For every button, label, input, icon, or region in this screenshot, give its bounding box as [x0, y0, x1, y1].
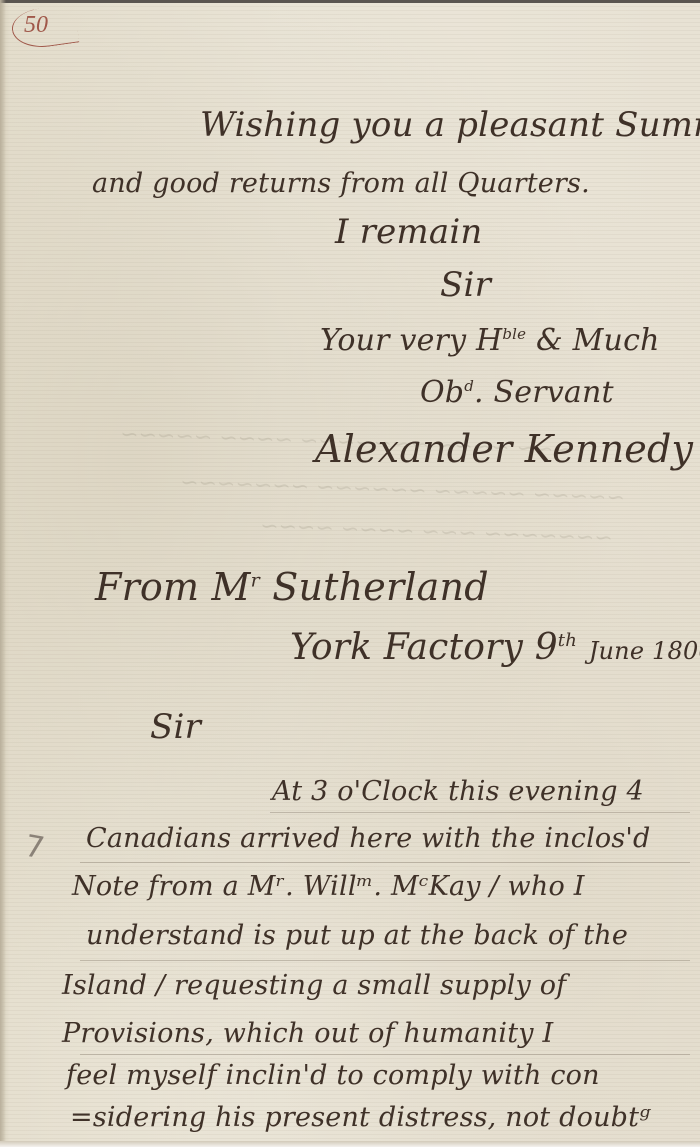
body-line-8: =sidering his present distress, not doub…	[70, 1104, 650, 1131]
valediction-line-2: Obd. Servant	[420, 378, 614, 408]
page-bottom-edge	[0, 1141, 700, 1147]
page-top-edge	[0, 0, 700, 3]
date-sup: th	[558, 630, 577, 651]
bleed-through-text: ~~~~~~~ ~~~ ~~~~ ~~~~	[260, 514, 613, 551]
bleed-through-text: ~~~~~ ~~~~~ ~~~~~~ ~~~~~~~	[180, 470, 626, 511]
valediction-1-post: & Much	[526, 323, 659, 358]
manuscript-page: ~~~ ~~~~ ~~~~~~~ ~~~~ ~~~~~ ~~~~~ ~~~~~ …	[0, 0, 700, 1147]
body-line-6: Provisions, which out of humanity I	[62, 1020, 553, 1047]
ruled-line	[80, 862, 690, 863]
letter-place-date: York Factory 9th June 1806	[290, 630, 700, 666]
body-line-5: Island / requesting a small supply of	[62, 972, 566, 999]
body-line-2: Canadians arrived here with the inclos'd	[86, 825, 651, 852]
page-number: 50	[14, 8, 38, 35]
heading-sup: r	[251, 569, 260, 591]
closing-salutation-sir: Sir	[440, 268, 491, 302]
ruled-line	[80, 1054, 690, 1055]
closing-line-2: and good returns from all Quarters.	[92, 170, 590, 197]
ruled-line	[270, 812, 690, 813]
valediction-1-pre: Your very H	[320, 323, 502, 358]
closing-line-1: Wishing you a pleasant Summer	[200, 108, 700, 142]
margin-pencil-mark: 7	[22, 829, 47, 867]
page-left-edge	[0, 0, 6, 1147]
valediction-line-1: Your very Hble & Much	[320, 326, 660, 356]
date-rest: June 1806	[589, 637, 700, 665]
signature-alexander-kennedy: Alexander Kennedy	[315, 430, 693, 468]
heading-post: Sutherland	[260, 565, 489, 609]
ruled-line	[80, 960, 690, 961]
valediction-2-pre: Ob	[420, 375, 464, 410]
letter-heading: From Mr Sutherland	[95, 568, 489, 606]
valediction-2-sup: d	[464, 377, 474, 395]
valediction-1-sup: ble	[502, 325, 526, 343]
page-number-text: 50	[24, 12, 48, 38]
date-day: 9	[535, 627, 558, 668]
letter-salutation-sir: Sir	[150, 710, 201, 744]
i-remain: I remain	[335, 215, 483, 249]
body-line-1: At 3 o'Clock this evening 4	[272, 778, 644, 805]
body-line-4: understand is put up at the back of the	[86, 922, 628, 949]
body-line-3: Note from a Mʳ. Willᵐ. MᶜKay / who I	[72, 873, 585, 900]
letter-place: York Factory	[290, 627, 523, 668]
body-line-7: feel myself inclin'd to comply with con	[66, 1062, 600, 1089]
valediction-2-post: . Servant	[474, 375, 614, 410]
heading-pre: From M	[95, 565, 251, 609]
